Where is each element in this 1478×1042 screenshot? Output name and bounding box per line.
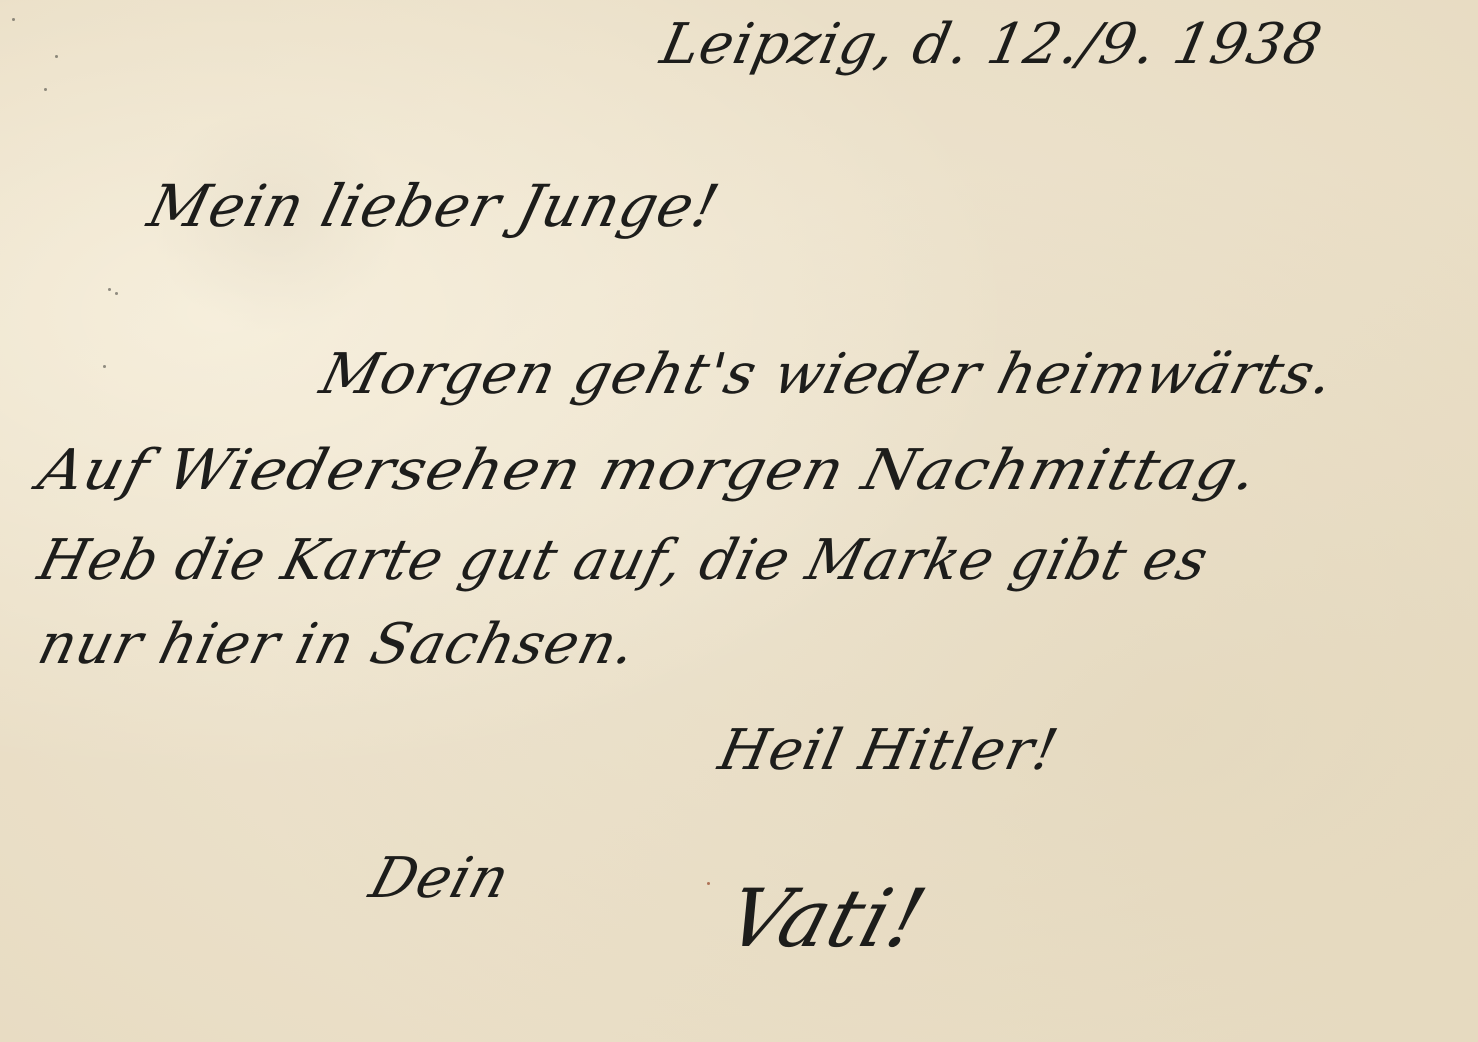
ink-speck bbox=[115, 292, 118, 295]
body-line-3: Heb die Karte gut auf, die Marke gibt es bbox=[32, 528, 1215, 593]
signature-prefix: Dein bbox=[363, 846, 518, 911]
body-line-1: Morgen geht's wieder heimwärts. bbox=[314, 342, 1341, 407]
body-line-4: nur hier in Sachsen. bbox=[32, 612, 643, 677]
salutation: Mein lieber Junge! bbox=[142, 172, 727, 240]
ink-speck bbox=[707, 882, 710, 885]
ink-speck bbox=[103, 365, 106, 368]
ink-speck bbox=[55, 55, 58, 58]
body-line-2: Auf Wiedersehen morgen Nachmittag. bbox=[32, 438, 1265, 503]
place-date-line: Leipzig, d. 12./9. 1938 bbox=[655, 12, 1328, 77]
ink-speck bbox=[44, 88, 47, 91]
signature-name: Vati! bbox=[717, 872, 937, 965]
ink-speck bbox=[108, 288, 111, 291]
ink-speck bbox=[12, 18, 15, 21]
closing-line: Heil Hitler! bbox=[713, 718, 1064, 783]
